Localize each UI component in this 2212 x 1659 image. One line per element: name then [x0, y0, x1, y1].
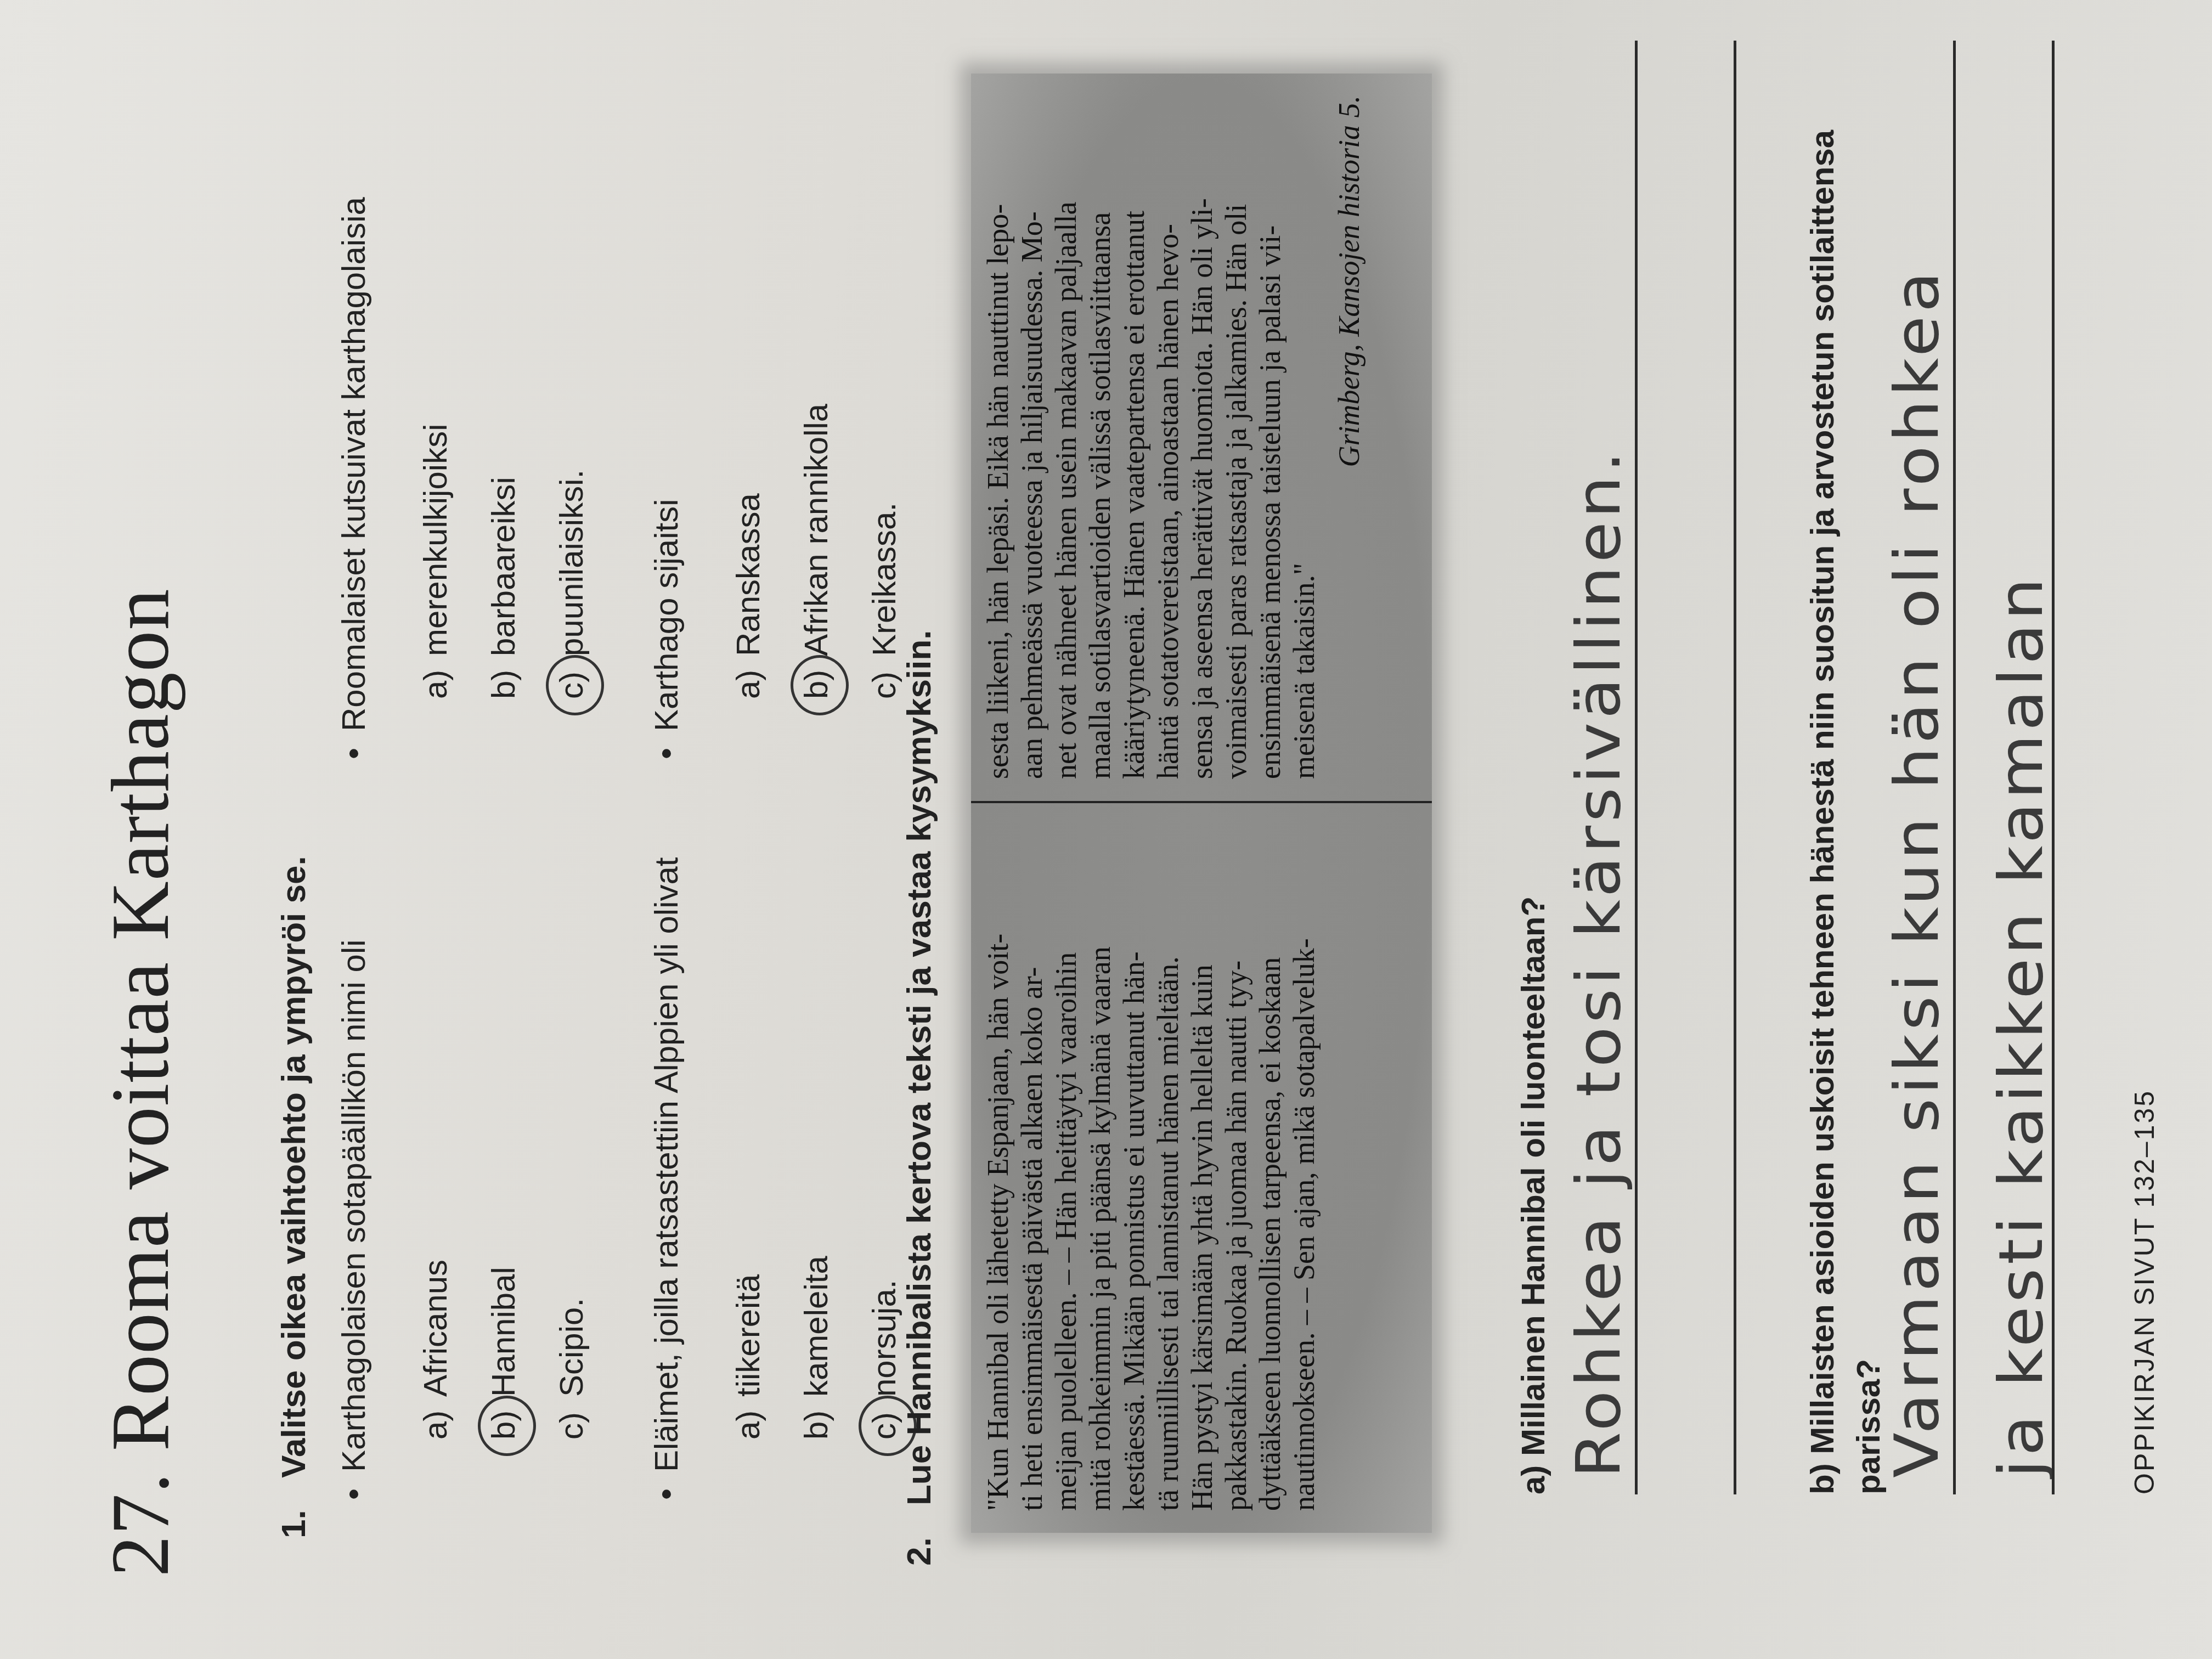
mc-option[interactable]: b)kameleita [797, 814, 835, 1500]
passage-line: Hän pystyi kärsimään yhtä hyvin helleltä… [1185, 825, 1219, 1511]
handwritten-answer-2a[interactable]: Rohkea ja tosi kärsivällinen. [1564, 448, 1634, 1478]
handwritten-answer-2b-line-1[interactable]: Varmaan siksi kun hän oli rohkea [1882, 268, 1952, 1478]
mc-stem: Karthago sijaitsi [647, 46, 685, 759]
mc-option[interactable]: a)Ranskassa [729, 46, 767, 759]
textbook-pages-footer: OPPIKIRJAN SIVUT 132–135 [2129, 1090, 2160, 1494]
passage-line: "Kun Hannibal oli lähetetty Espanjaan, h… [981, 825, 1015, 1511]
mc-stem: Eläimet, joilla ratsastettiin Alppien yl… [647, 814, 685, 1500]
passage-line: net ovat nähneet hänen usein makaavan pa… [1049, 95, 1083, 779]
passage-line: voimaisesti paras ratsastaja ja jalkamie… [1219, 95, 1253, 779]
passage-line: sensa ja aseensa herättivät huomiota. Hä… [1185, 95, 1219, 779]
mc-option[interactable]: b)barbaareiksi [484, 46, 522, 759]
passage-line: aan pehmeässä vuoteessa ja hiljaisuudess… [1015, 95, 1049, 779]
answer-line [2052, 41, 2055, 1494]
passage-line: maalla sotilasvartioiden välissä sotilas… [1083, 95, 1117, 779]
passage-line: mitä rohkeimmin ja piti päänsä kylmänä v… [1083, 825, 1117, 1511]
mc-option-circled[interactable]: b)Hannibal [484, 814, 522, 1500]
question-2a: a) Millainen Hannibal oli luonteeltaan? [1514, 896, 1552, 1494]
mc-option[interactable]: c)Kreikassa. [865, 46, 903, 759]
passage-line: ti heti ensimmäisestä päivästä alkaen ko… [1015, 825, 1049, 1511]
mc-option[interactable]: a)tiikereitä [729, 814, 767, 1500]
passage-line: häntä sotatovereistaan, ainoastaan hänen… [1151, 95, 1185, 779]
question-instruction: Valitse oikea vaihtoehto ja ympyröi se. [275, 856, 313, 1478]
mc-stem: Karthagolaisen sotapäällikön nimi oli [335, 814, 373, 1500]
passage-line: nautinnokseen. – – Sen ajan, mikä sotapa… [1287, 825, 1321, 1511]
mc-option[interactable]: a)merenkulkijoiksi [416, 46, 454, 759]
mc-option[interactable]: c)Scipio. [552, 814, 590, 1500]
passage-line: kääriytyneenä. Hänen vaatepartensa ei er… [1117, 95, 1151, 779]
question-instruction: Lue Hannibalista kertova teksti ja vasta… [900, 630, 938, 1505]
question-number: 2. [900, 1505, 939, 1566]
question-number: 1. [274, 1478, 313, 1538]
mc-item-animals: Eläimet, joilla ratsastettiin Alppien yl… [647, 814, 933, 1500]
passage-line: meisenä takaisin." [1287, 95, 1321, 779]
passage-column-1: "Kun Hannibal oli lähetetty Espanjaan, h… [971, 803, 1432, 1533]
photo-background: 27. Rooma voittaa Karthagon 1.Valitse oi… [0, 0, 2212, 1659]
passage-line: pakkastakin. Ruokaa ja juomaa hän nautti… [1219, 825, 1253, 1511]
answer-line [1635, 41, 1638, 1494]
passage-source: Grimberg, Kansojen historia 5. [1332, 95, 1366, 779]
answer-line [1734, 41, 1736, 1494]
passage-line: meijan puolelleen. – – Hän heittäytyi va… [1049, 825, 1083, 1511]
mc-option-circled[interactable]: b)Afrikan rannikolla [797, 46, 835, 759]
mc-option-circled[interactable]: c)puunilaisiksi. [552, 46, 590, 759]
passage-line: ensimmäisenä menossa taisteluun ja palas… [1253, 95, 1287, 779]
answer-line [1953, 41, 1956, 1494]
page-title: 27. Rooma voittaa Karthagon [93, 588, 188, 1577]
mc-option[interactable]: a)Africanus [416, 814, 454, 1500]
question-2-heading: 2.Lue Hannibalista kertova teksti ja vas… [900, 630, 939, 1566]
handwritten-answer-2b-line-2[interactable]: ja kesti kaikken kamalan [1986, 574, 2056, 1478]
passage-line: kestäessä. Mikään ponnistus ei uuvuttanu… [1117, 825, 1151, 1511]
mc-option-circled[interactable]: c)norsuja. [865, 814, 903, 1500]
mc-item-location: Karthago sijaitsi a)Ranskassa b)Afrikan … [647, 46, 933, 759]
passage-line: tä ruumiillisesti tai lannistanut hänen … [1151, 825, 1185, 1511]
passage-line: dyttääkseen luonnollisen tarpeensa, ei k… [1253, 825, 1287, 1511]
mc-item-commander: Karthagolaisen sotapäällikön nimi oli a)… [335, 814, 620, 1500]
passage-column-2: sesta liikeni, hän lepäsi. Eikä hän naut… [971, 74, 1432, 803]
mc-stem: Roomalaiset kutsuivat karthagolaisia [335, 46, 373, 759]
mc-item-roman-name: Roomalaiset kutsuivat karthagolaisia a)m… [335, 46, 620, 759]
question-2b: b) Millaisten asioiden uskoisit tehneen … [1799, 123, 1892, 1494]
passage-line: sesta liikeni, hän lepäsi. Eikä hän naut… [981, 95, 1015, 779]
reading-passage: "Kun Hannibal oli lähetetty Espanjaan, h… [971, 74, 1432, 1533]
question-1-heading: 1.Valitse oikea vaihtoehto ja ympyröi se… [274, 856, 313, 1538]
worksheet-page: 27. Rooma voittaa Karthagon 1.Valitse oi… [0, 0, 2212, 1659]
